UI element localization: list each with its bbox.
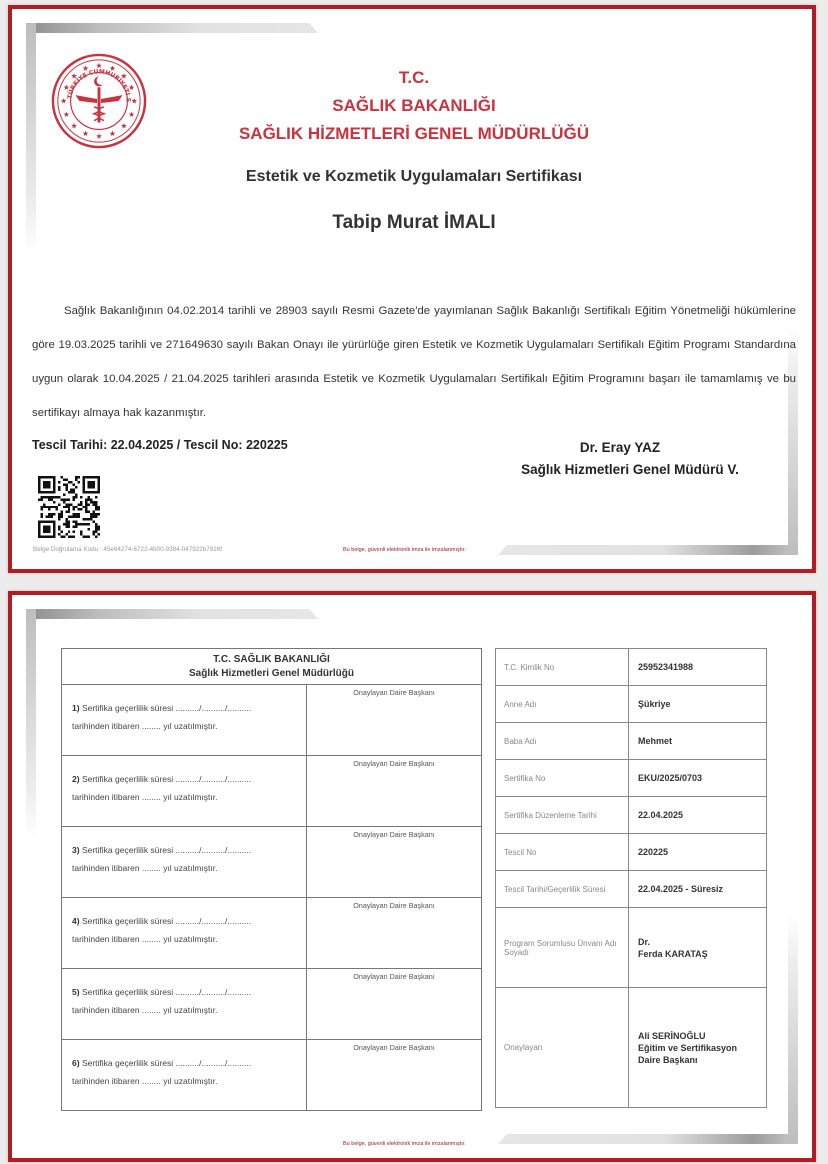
renewal-approver-label: Onaylayan Daire Başkanı — [353, 901, 435, 910]
renewal-approver-label: Onaylayan Daire Başkanı — [353, 688, 435, 697]
renewal-approver-label: Onaylayan Daire Başkanı — [353, 1043, 435, 1052]
directorate-heading: SAĞLIK HİZMETLERİ GENEL MÜDÜRLÜĞÜ — [0, 124, 828, 144]
info-row: Anne Adı Şükriye — [496, 686, 767, 723]
info-row: Tescil No 220225 — [496, 834, 767, 871]
renewal-row: 1) Sertifika geçerlilik süresi .........… — [62, 685, 482, 756]
info-row: Program Sorumlusu Ünvanı Adı Soyadı Dr. … — [496, 908, 767, 988]
certificate-title: Estetik ve Kozmetik Uygulamaları Sertifi… — [0, 168, 828, 186]
renewal-approver-cell: Onaylayan Daire Başkanı — [307, 756, 482, 827]
info-row: Sertifika No EKU/2025/0703 — [496, 760, 767, 797]
decorative-bevel — [26, 23, 318, 33]
renewal-text: 2) Sertifika geçerlilik süresi .........… — [62, 756, 307, 827]
renewal-approver-cell: Onaylayan Daire Başkanı — [307, 969, 482, 1040]
renewal-header-directorate: Sağlık Hizmetleri Genel Müdürlüğü — [62, 667, 481, 681]
renewal-number: 4) — [72, 916, 80, 926]
renewal-approver-cell: Onaylayan Daire Başkanı — [307, 685, 482, 756]
renewal-number: 1) — [72, 703, 80, 713]
renewal-approver-cell: Onaylayan Daire Başkanı — [307, 827, 482, 898]
info-value: EKU/2025/0703 — [629, 760, 767, 797]
renewal-approver-cell: Onaylayan Daire Başkanı — [307, 1040, 482, 1111]
renewal-text: 4) Sertifika geçerlilik süresi .........… — [62, 898, 307, 969]
info-value: Dr. Ferda KARATAŞ — [629, 908, 767, 988]
renewal-line-1: Sertifika geçerlilik süresi ........../.… — [82, 774, 251, 784]
renewal-row: 4) Sertifika geçerlilik süresi .........… — [62, 898, 482, 969]
renewal-line-2: tarihinden itibaren ........ yıl uzatılm… — [72, 792, 296, 802]
e-signature-note: Bu belge, güvenli elektronik imza ile im… — [343, 547, 466, 553]
renewal-text: 6) Sertifika geçerlilik süresi .........… — [62, 1040, 307, 1111]
info-value: Mehmet — [629, 723, 767, 760]
info-value: 25952341988 — [629, 649, 767, 686]
info-label: Baba Adı — [496, 723, 629, 760]
decorative-bevel — [498, 545, 798, 555]
info-label: Tescil No — [496, 834, 629, 871]
renewal-row: 5) Sertifika geçerlilik süresi .........… — [62, 969, 482, 1040]
signer-title: Sağlık Hizmetleri Genel Müdürü V. — [500, 462, 760, 477]
info-label: Sertifika Düzenleme Tarihi — [496, 797, 629, 834]
renewal-text: 1) Sertifika geçerlilik süresi .........… — [62, 685, 307, 756]
info-label: Anne Adı — [496, 686, 629, 723]
decorative-bevel — [788, 914, 798, 1144]
tc-heading: T.C. — [0, 68, 828, 88]
info-label: Sertifika No — [496, 760, 629, 797]
decorative-bevel — [498, 1134, 798, 1144]
info-row: Sertifika Düzenleme Tarihi 22.04.2025 — [496, 797, 767, 834]
info-label: Program Sorumlusu Ünvanı Adı Soyadı — [496, 908, 629, 988]
info-value: 22.04.2025 - Süresiz — [629, 871, 767, 908]
renewal-line-2: tarihinden itibaren ........ yıl uzatılm… — [72, 1076, 296, 1086]
info-value: 22.04.2025 — [629, 797, 767, 834]
renewal-row: 2) Sertifika geçerlilik süresi .........… — [62, 756, 482, 827]
certificate-holder-name: Tabip Murat İMALI — [0, 212, 828, 234]
renewal-table-header: T.C. SAĞLIK BAKANLIĞI Sağlık Hizmetleri … — [62, 649, 482, 685]
decorative-bevel — [26, 609, 318, 619]
renewal-line-1: Sertifika geçerlilik süresi ........../.… — [82, 703, 251, 713]
signer-name: Dr. Eray YAZ — [540, 440, 700, 455]
renewal-number: 6) — [72, 1058, 80, 1068]
renewal-text: 3) Sertifika geçerlilik süresi .........… — [62, 827, 307, 898]
renewal-line-2: tarihinden itibaren ........ yıl uzatılm… — [72, 721, 296, 731]
certificate-info-table: T.C. Kimlik No 25952341988Anne Adı Şükri… — [495, 648, 767, 1108]
decorative-bevel — [26, 609, 36, 839]
certificate-body-text: Sağlık Bakanlığının 04.02.2014 tarihli v… — [32, 294, 796, 430]
info-row: Tescil Tarihi/Geçerlilik Süresi 22.04.20… — [496, 871, 767, 908]
renewal-header-ministry: T.C. SAĞLIK BAKANLIĞI — [62, 653, 481, 667]
renewal-row: 6) Sertifika geçerlilik süresi .........… — [62, 1040, 482, 1111]
renewal-text: 5) Sertifika geçerlilik süresi .........… — [62, 969, 307, 1040]
renewal-line-1: Sertifika geçerlilik süresi ........../.… — [82, 845, 251, 855]
renewal-number: 2) — [72, 774, 80, 784]
renewal-number: 3) — [72, 845, 80, 855]
renewal-approver-label: Onaylayan Daire Başkanı — [353, 972, 435, 981]
info-label: Onaylayan — [496, 988, 629, 1108]
e-signature-note: Bu belge, güvenli elektronik imza ile im… — [343, 1141, 466, 1147]
info-label: T.C. Kimlik No — [496, 649, 629, 686]
verification-code: Belge Doğrulama Kodu : 45e64274-6722-4b0… — [33, 546, 222, 553]
renewal-line-1: Sertifika geçerlilik süresi ........../.… — [82, 916, 251, 926]
renewal-approver-cell: Onaylayan Daire Başkanı — [307, 898, 482, 969]
renewal-line-1: Sertifika geçerlilik süresi ........../.… — [82, 1058, 251, 1068]
renewal-row: 3) Sertifika geçerlilik süresi .........… — [62, 827, 482, 898]
renewal-number: 5) — [72, 987, 80, 997]
info-row: T.C. Kimlik No 25952341988 — [496, 649, 767, 686]
renewal-approver-label: Onaylayan Daire Başkanı — [353, 759, 435, 768]
info-value: 220225 — [629, 834, 767, 871]
info-row: Baba Adı Mehmet — [496, 723, 767, 760]
renewal-line-2: tarihinden itibaren ........ yıl uzatılm… — [72, 934, 296, 944]
registration-info: Tescil Tarihi: 22.04.2025 / Tescil No: 2… — [32, 438, 288, 452]
renewal-line-2: tarihinden itibaren ........ yıl uzatılm… — [72, 1005, 296, 1015]
renewal-table: T.C. SAĞLIK BAKANLIĞI Sağlık Hizmetleri … — [61, 648, 482, 1111]
qr-code-icon[interactable] — [38, 476, 100, 538]
info-row: Onaylayan Ali SERİNOĞLU Eğitim ve Sertif… — [496, 988, 767, 1108]
renewal-approver-label: Onaylayan Daire Başkanı — [353, 830, 435, 839]
info-label: Tescil Tarihi/Geçerlilik Süresi — [496, 871, 629, 908]
renewal-line-1: Sertifika geçerlilik süresi ........../.… — [82, 987, 251, 997]
info-value: Ali SERİNOĞLU Eğitim ve Sertifikasyon Da… — [629, 988, 767, 1108]
info-value: Şükriye — [629, 686, 767, 723]
renewal-line-2: tarihinden itibaren ........ yıl uzatılm… — [72, 863, 296, 873]
ministry-heading: SAĞLIK BAKANLIĞI — [0, 96, 828, 116]
